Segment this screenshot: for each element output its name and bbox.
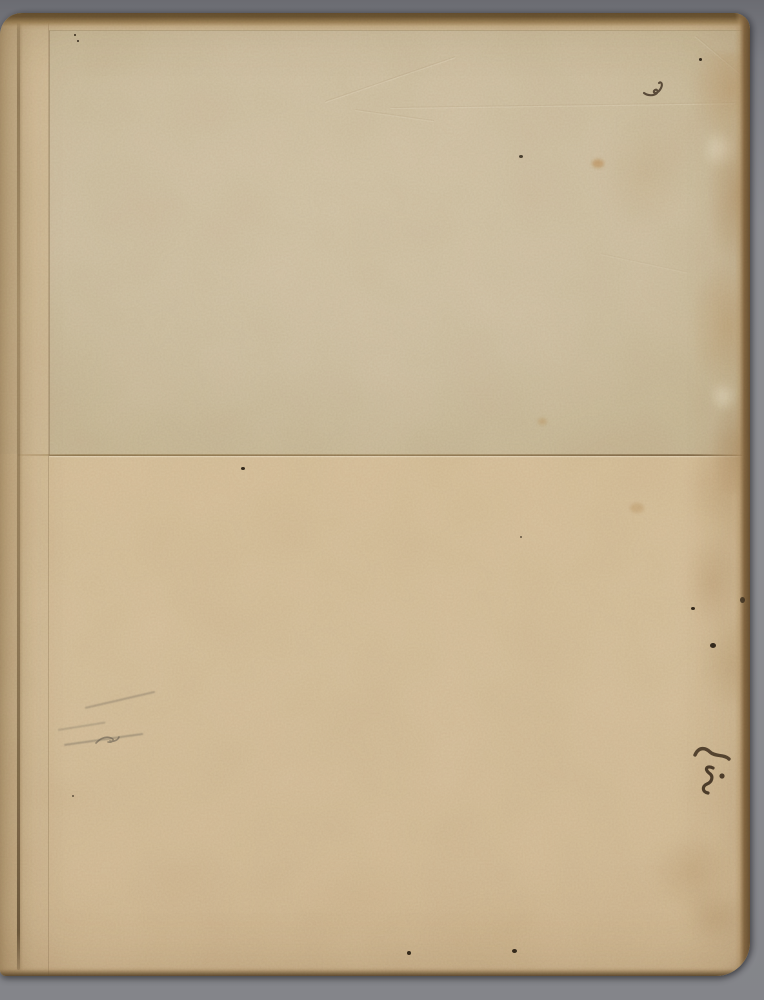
book-scan [0,0,764,1000]
edge-vignette [0,13,750,976]
book-inside-cover [0,13,750,976]
